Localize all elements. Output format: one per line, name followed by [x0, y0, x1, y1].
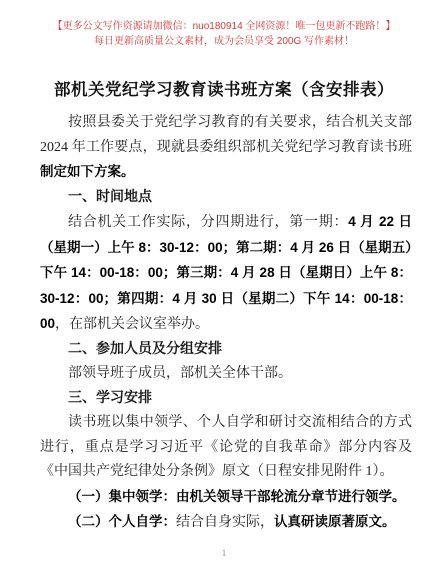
section-heading: 一、时间地点	[40, 186, 412, 211]
page-number: 1	[0, 548, 448, 558]
section-heading: 三、学习安排	[40, 387, 412, 412]
promo-header: 【更多公文写作资源请加微信：nuo180914 全网资源！唯一包更新不跑路！】 …	[0, 0, 448, 49]
document-page: 【更多公文写作资源请加微信：nuo180914 全网资源！唯一包更新不跑路！】 …	[0, 0, 448, 580]
text-segment: 二、参加人员及分组安排	[68, 342, 222, 357]
document-body: 按照县委关于党纪学习教育的有关要求，结合机关支部2024 年工作要点，现就县委组…	[40, 111, 412, 536]
paragraph: （一）集中领学：由机关领导干部轮流分章节进行领学。	[40, 485, 412, 511]
section-heading: 二、参加人员及分组安排	[40, 338, 412, 363]
text-segment: 4 月 22 日（星期一）上午 8：30-12：00；第二期：4 月 26 日（…	[40, 214, 412, 331]
text-segment: 按照县委关于党纪学习教育的有关要求，结合机关支部2024 年工作要点，现就县委组…	[40, 115, 412, 155]
paragraph: 按照县委关于党纪学习教育的有关要求，结合机关支部2024 年工作要点，现就县委组…	[40, 111, 412, 186]
promo-line-1: 【更多公文写作资源请加微信：nuo180914 全网资源！唯一包更新不跑路！】	[0, 19, 448, 34]
text-segment: 三、学习安排	[68, 391, 152, 406]
text-segment: 读书班以集中领学、个人自学和研讨交流相结合的方式进行，重点是学习习近平《论党的自…	[40, 415, 412, 479]
text-segment: 结合自身实际，	[176, 515, 274, 530]
text-segment: 制定如下方案。	[40, 164, 135, 179]
paragraph: 结合机关工作实际，分四期进行，第一期：4 月 22 日（星期一）上午 8：30-…	[40, 210, 412, 338]
text-segment: （二）个人自学：	[68, 514, 176, 529]
text-segment: ，在部机关会议室举办。	[55, 317, 209, 332]
text-segment: 部领导班子成员，部机关全体干部。	[68, 366, 292, 381]
text-segment: 认真研读原著原文。	[274, 514, 396, 529]
text-segment: 结合机关工作实际，分四期进行，第一期：	[68, 215, 348, 230]
paragraph: 读书班以集中领学、个人自学和研讨交流相结合的方式进行，重点是学习习近平《论党的自…	[40, 411, 412, 485]
paragraph: （二）个人自学：结合自身实际，认真研读原著原文。	[40, 510, 412, 536]
text-segment: 一、时间地点	[68, 190, 152, 205]
promo-line-2: 每日更新高质量公文素材，成为会员享受 200G 写作素材！	[0, 34, 448, 49]
page-title: 部机关党纪学习教育读书班方案（含安排表）	[0, 76, 448, 100]
text-segment: （一）集中领学：由机关领导干部轮流分章节进行领学。	[68, 489, 406, 504]
paragraph: 部领导班子成员，部机关全体干部。	[40, 362, 412, 387]
